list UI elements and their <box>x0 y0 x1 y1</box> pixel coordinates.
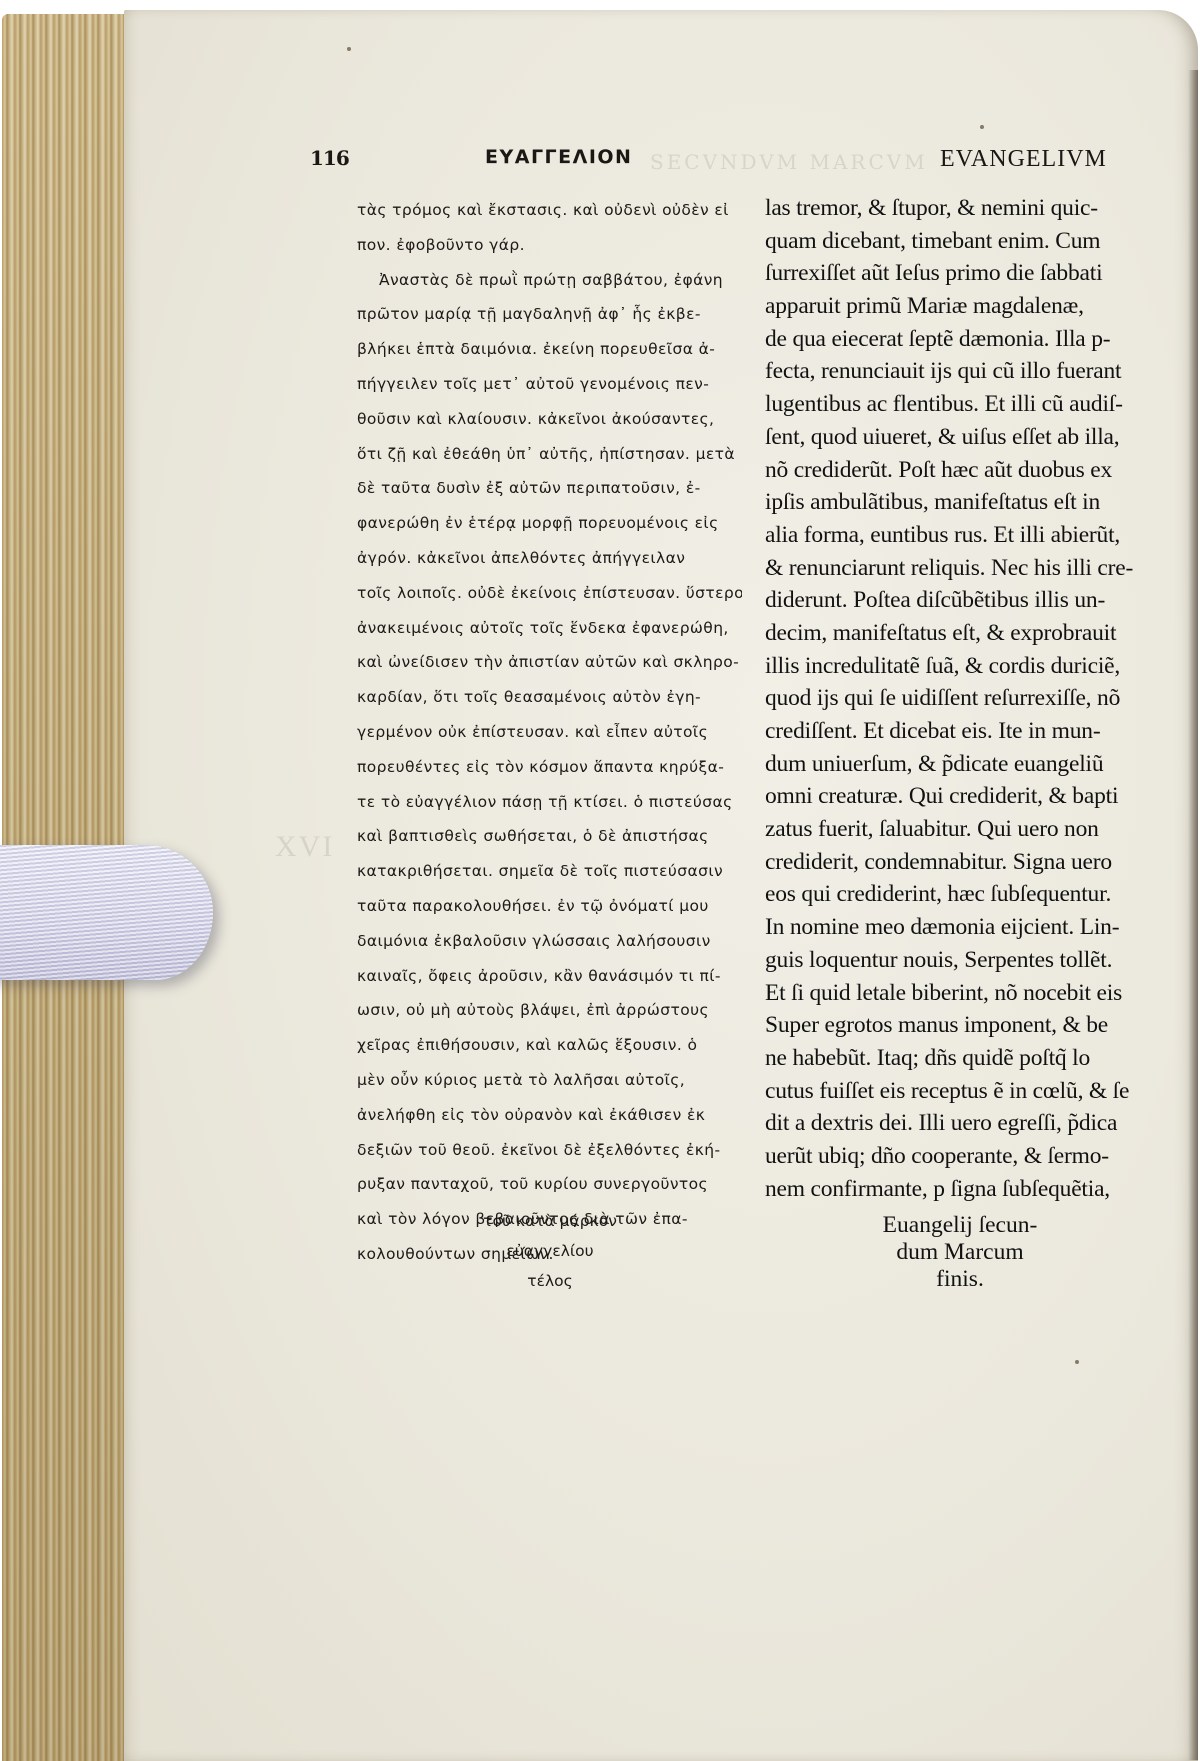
latin-line: In nomine meo dæmonia eijcient. Lin- <box>765 911 1190 944</box>
latin-line: zatus fuerit, ſaluabitur. Qui uero non <box>765 813 1190 846</box>
latin-line: ſent, quod uiueret, & uiſus eſſet ab ill… <box>765 421 1190 454</box>
greek-running-head: ΕΥΑΓΓΕΛΙΟΝ <box>485 146 632 168</box>
latin-line: lugentibus ac flentibus. Et illi cũ audi… <box>765 388 1190 421</box>
greek-line: καιναῖς, ὄφεις ἀροῦσιν, κἂν θανάσιμόν τι… <box>357 959 742 994</box>
latin-line: de qua eiecerat ſeptẽ dæmonia. Illa p- <box>765 323 1190 356</box>
greek-line: τε τὸ εὐαγγέλιον πάσῃ τῇ κτίσει. ὁ πιστε… <box>357 785 742 820</box>
greek-line: ὅτι ζῇ καὶ ἐθεάθη ὑπ᾽ αὐτῆς, ἠπίστησαν. … <box>357 437 742 472</box>
greek-line: βλήκει ἑπτὰ δαιμόνια. ἐκείνη πορευθεῖσα … <box>357 332 742 367</box>
latin-line: crediderit, condemnabitur. Signa uero <box>765 846 1190 879</box>
latin-line: dit a dextris dei. Illi uero egreſſi, p̃… <box>765 1107 1190 1140</box>
latin-colophon-line: Euangelij ſecun- <box>860 1212 1060 1239</box>
latin-line: omni creaturæ. Qui crediderit, & bapti <box>765 780 1190 813</box>
greek-line: πον. ἐφοβοῦντο γάρ. <box>357 228 742 263</box>
greek-colophon: τοῦ κατὰ μάρκον εὐαγγελίου τέλος <box>440 1206 660 1296</box>
bleed-through-chapter-number: XVI <box>275 830 334 864</box>
latin-line: cutus fuiſſet eis receptus ẽ in cœlũ, & … <box>765 1075 1190 1108</box>
greek-line: τοῖς λοιποῖς. οὐδὲ ἐκείνοις ἐπίστευσαν. … <box>357 576 742 611</box>
latin-line: Et ſi quid letale biberint, nõ nocebit e… <box>765 977 1190 1010</box>
greek-line: δαιμόνια ἐκβαλοῦσιν γλώσσαις λαλήσουσιν <box>357 924 742 959</box>
latin-line: nem confirmante, p ſigna ſubſequẽtia, <box>765 1173 1190 1206</box>
latin-line: apparuit primũ Mariæ magdalenæ, <box>765 290 1190 323</box>
latin-colophon-line: finis. <box>860 1266 1060 1293</box>
greek-line: δὲ ταῦτα δυσὶν ἐξ αὐτῶν περιπατοῦσιν, ἐ- <box>357 471 742 506</box>
folio-number: 116 <box>310 146 349 170</box>
greek-line: ἀνελήφθη εἰς τὸν οὐρανὸν καὶ ἐκάθισεν ἐκ <box>357 1098 742 1133</box>
greek-line: τὰς τρόμος καὶ ἔκστασις. καὶ οὐδενὶ οὐδὲ… <box>357 193 742 228</box>
greek-line: γερμένον οὐκ ἐπίστευσαν. καὶ εἶπεν αὐτοῖ… <box>357 715 742 750</box>
latin-running-head: EVANGELIVM <box>940 146 1107 173</box>
latin-line: & renunciarunt reliquis. Nec his illi cr… <box>765 552 1190 585</box>
greek-line: μὲν οὖν κύριος μετὰ τὸ λαλῆσαι αὐτοῖς, <box>357 1063 742 1098</box>
greek-line: πορευθέντες εἰς τὸν κόσμον ἅπαντα κηρύξα… <box>357 750 742 785</box>
latin-line: las tremor, & ſtupor, & nemini quic- <box>765 192 1190 225</box>
greek-line: φανερώθη ἐν ἑτέρᾳ μορφῇ πορευομένοις εἰς <box>357 506 742 541</box>
bleed-through-running-head: SECVNDVM MARCVM <box>650 150 928 174</box>
latin-line: ſurrexiſſet aũt Ieſus primo die ſabbati <box>765 257 1190 290</box>
greek-line: πήγγειλεν τοῖς μετ᾽ αὐτοῦ γενομένοις πεν… <box>357 367 742 402</box>
latin-line: ipſis ambulãtibus, manifeſtatus eſt in <box>765 486 1190 519</box>
latin-line: diderunt. Poſtea diſcũbẽtibus illis un- <box>765 584 1190 617</box>
greek-line: δεξιῶν τοῦ θεοῦ. ἐκεῖνοι δὲ ἐξελθόντες ἐ… <box>357 1133 742 1168</box>
greek-line: ἀνακειμένοις αὐτοῖς τοῖς ἕνδεκα ἐφανερώθ… <box>357 611 742 646</box>
greek-line: ἀγρόν. κἀκεῖνοι ἀπελθόντες ἀπήγγειλαν <box>357 541 742 576</box>
greek-text-column: τὰς τρόμος καὶ ἔκστασις. καὶ οὐδενὶ οὐδὲ… <box>357 193 742 1272</box>
greek-line: καρδίαν, ὅτι τοῖς θεασαμένοις αὐτὸν ἐγη- <box>357 680 742 715</box>
latin-line: crediſſent. Et dicebat eis. Ite in mun- <box>765 715 1190 748</box>
greek-colophon-line: τοῦ κατὰ μάρκον <box>440 1206 660 1236</box>
book-photograph: SECVNDVM MARCVM XVI 116 ΕΥΑΓΓΕΛΙΟΝ EVANG… <box>0 0 1200 1761</box>
latin-line: fecta, renunciauit ijs qui cũ illo fuera… <box>765 355 1190 388</box>
white-cotton-glove-finger <box>0 845 213 980</box>
paper-speck <box>980 125 984 129</box>
greek-line: καὶ βαπτισθεὶς σωθήσεται, ὁ δὲ ἀπιστήσας <box>357 819 742 854</box>
latin-line: dum uniuerſum, & p̃dicate euangeliũ <box>765 748 1190 781</box>
latin-line: nõ crediderũt. Poſt hæc aũt duobus ex <box>765 454 1190 487</box>
paper-speck <box>347 47 351 51</box>
greek-line: ρυξαν πανταχοῦ, τοῦ κυρίου συνεργοῦντος <box>357 1167 742 1202</box>
latin-colophon: Euangelij ſecun- dum Marcum finis. <box>860 1212 1060 1293</box>
latin-line: illis incredulitatẽ ſuã, & cordis durici… <box>765 650 1190 683</box>
greek-colophon-line: τέλος <box>440 1266 660 1296</box>
latin-line: decim, manifeſtatus eſt, & exprobrauit <box>765 617 1190 650</box>
greek-line-paragraph-start: Ἀναστὰς δὲ πρωῒ πρώτῃ σαββάτου, ἐφάνη <box>357 263 742 298</box>
latin-text-column: las tremor, & ſtupor, & nemini quic- qua… <box>765 192 1190 1205</box>
latin-line: ne habebũt. Itaq; dñs quidẽ poſtq̃ lo <box>765 1042 1190 1075</box>
latin-line: quam dicebant, timebant enim. Cum <box>765 225 1190 258</box>
latin-line: eos qui crediderint, hæc ſubſequentur. <box>765 878 1190 911</box>
greek-line: θοῦσιν καὶ κλαίουσιν. κἀκεῖνοι ἀκούσαντε… <box>357 402 742 437</box>
latin-line: alia forma, euntibus rus. Et illi abierũ… <box>765 519 1190 552</box>
greek-line: πρῶτον μαρίᾳ τῇ μαγδαληνῇ ἀφ᾽ ἧς ἐκβε- <box>357 297 742 332</box>
greek-line: χεῖρας ἐπιθήσουσιν, καὶ καλῶς ἕξουσιν. ὁ <box>357 1028 742 1063</box>
greek-colophon-line: εὐαγγελίου <box>440 1236 660 1266</box>
greek-line: καὶ ὠνείδισεν τὴν ἀπιστίαν αὐτῶν καὶ σκλ… <box>357 645 742 680</box>
greek-line: ωσιν, οὐ μὴ αὐτοὺς βλάψει, ἐπὶ ἀρρώστους <box>357 993 742 1028</box>
latin-colophon-line: dum Marcum <box>860 1239 1060 1266</box>
latin-line: quod ijs qui ſe uidiſſent reſurrexiſſe, … <box>765 682 1190 715</box>
paper-speck <box>1075 1360 1079 1364</box>
latin-line: Super egrotos manus imponent, & be <box>765 1009 1190 1042</box>
latin-line: guis loquentur nouis, Serpentes tollẽt. <box>765 944 1190 977</box>
greek-line: ταῦτα παρακολουθήσει. ἐν τῷ ὀνόματί μου <box>357 889 742 924</box>
greek-line: κατακριθήσεται. σημεῖα δὲ τοῖς πιστεύσασ… <box>357 854 742 889</box>
latin-line: uerũt ubiq; dño cooperante, & ſermo- <box>765 1140 1190 1173</box>
